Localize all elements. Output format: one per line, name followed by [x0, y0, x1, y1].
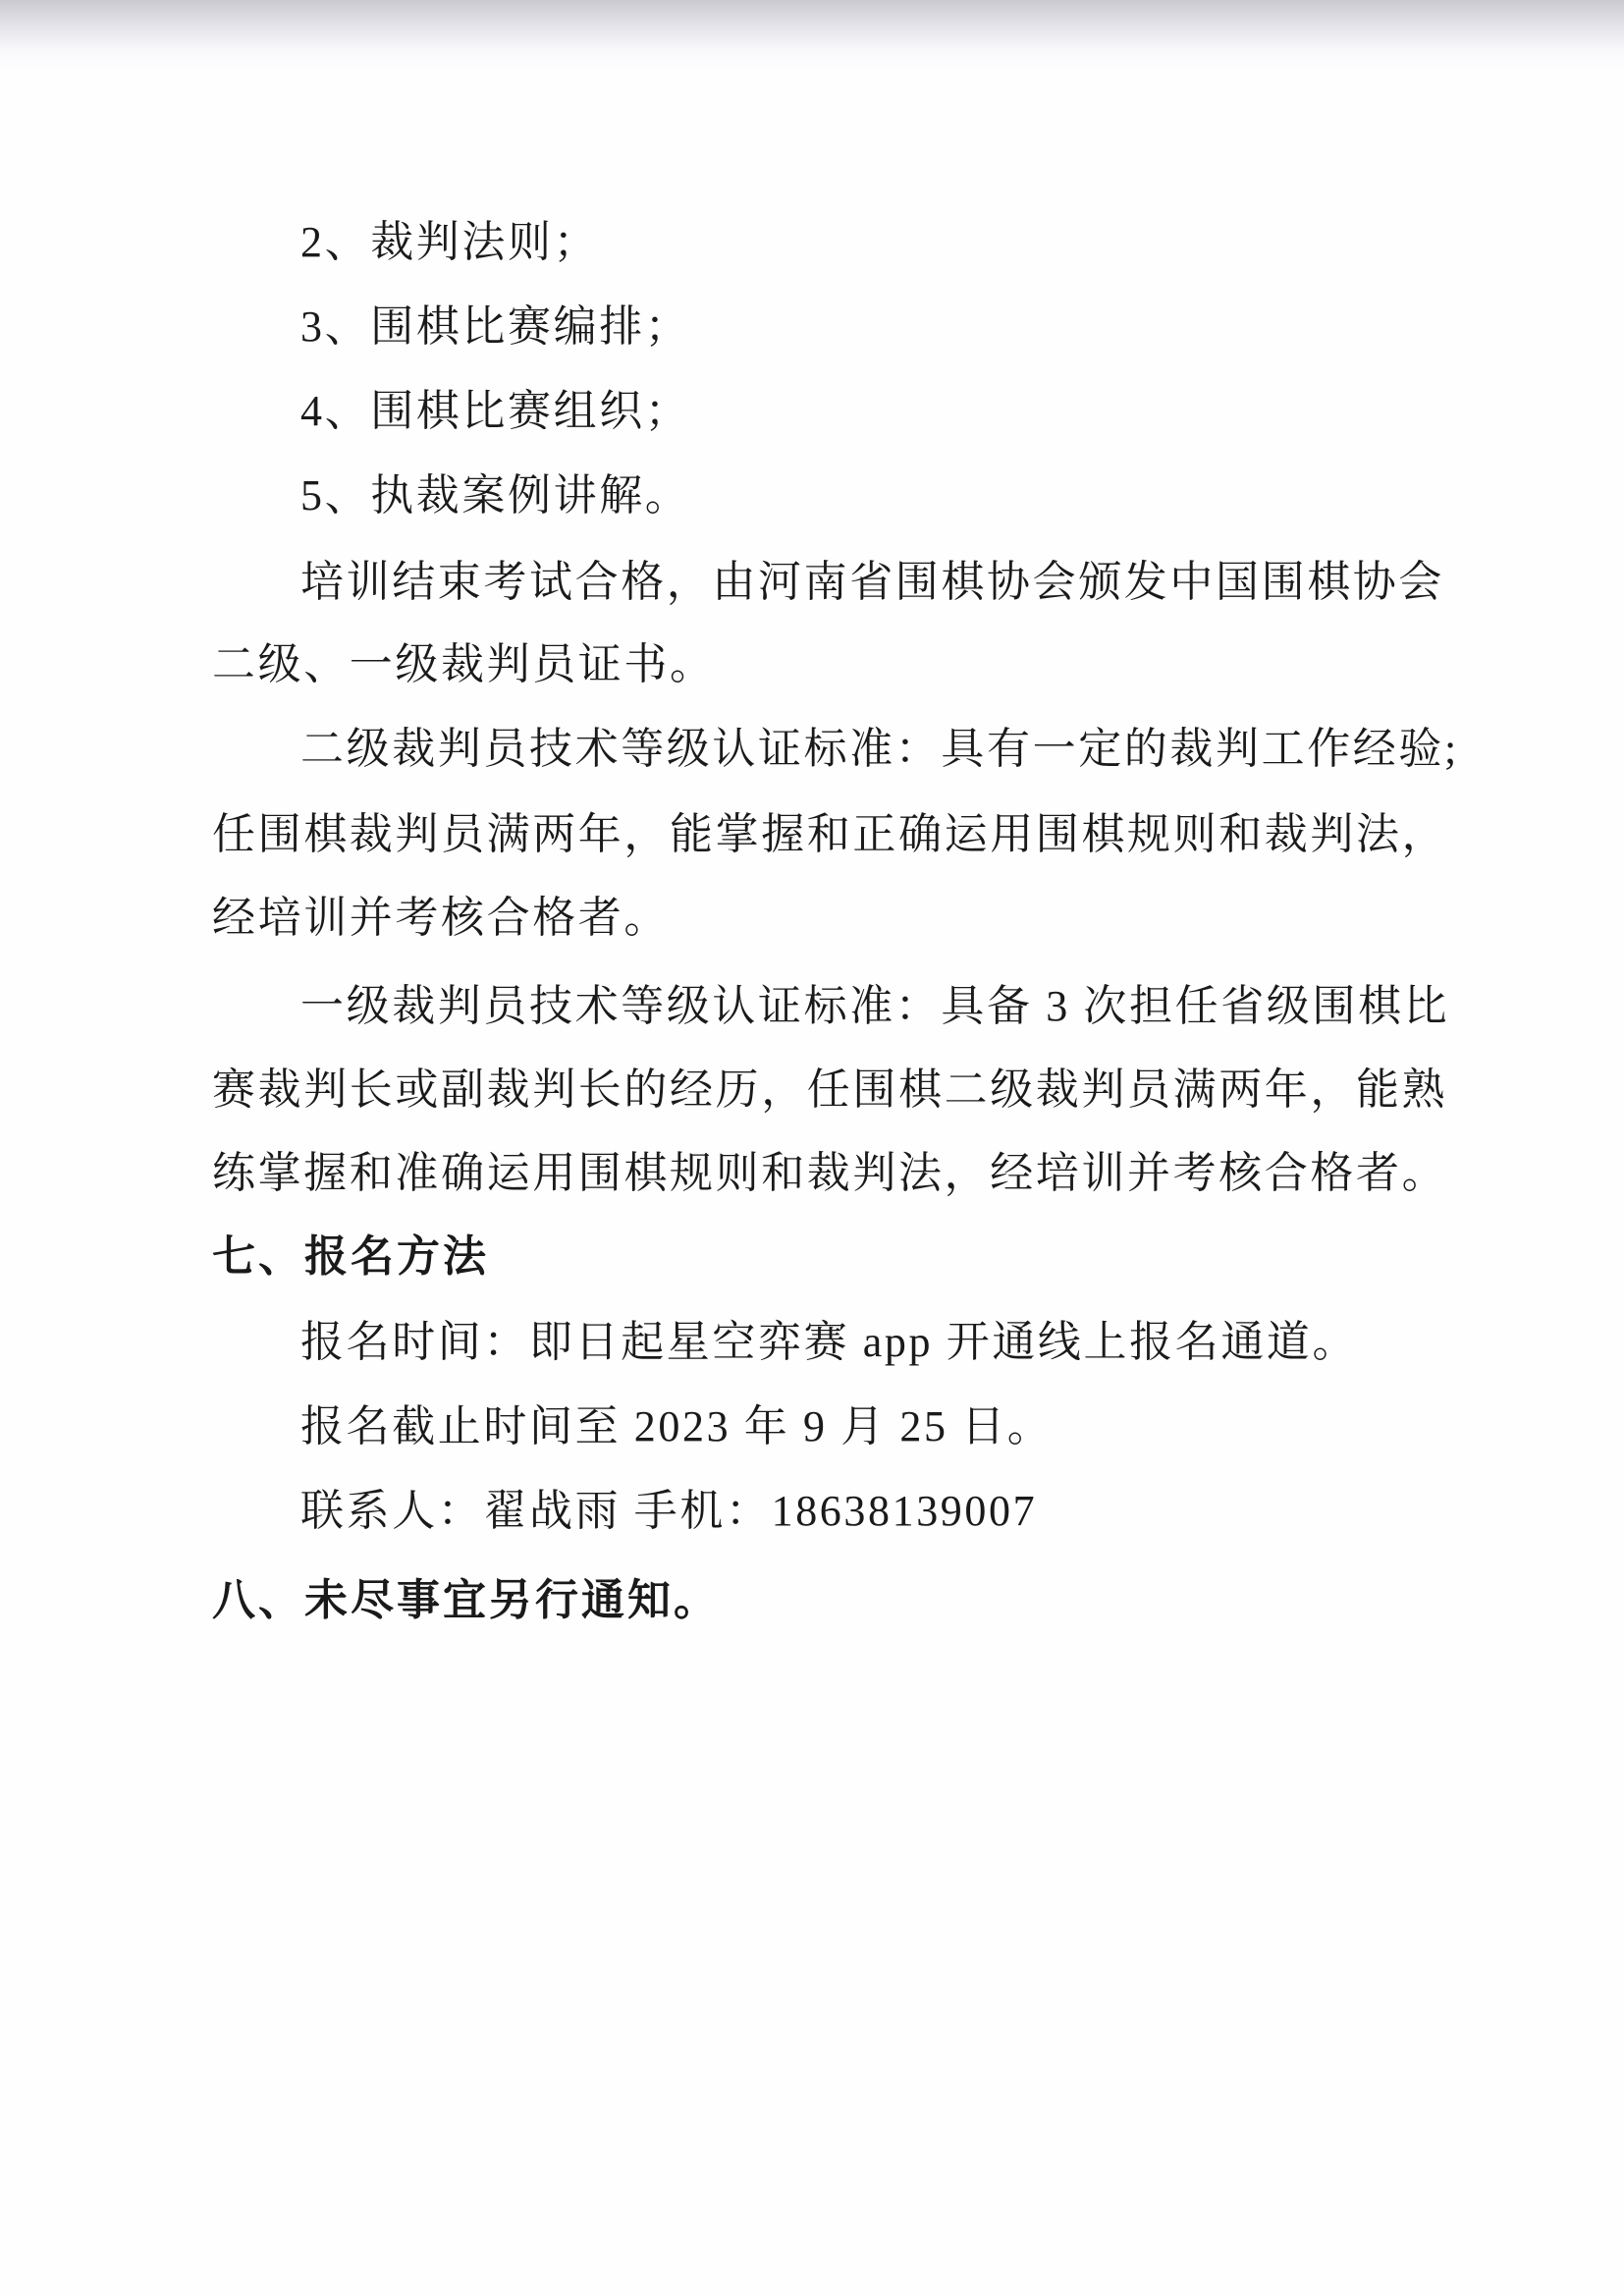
first-class-standard-line-1: 一级裁判员技术等级认证标准：具备 3 次担任省级围棋比	[300, 977, 1449, 1036]
second-class-standard-line-2: 任围棋裁判员满两年，能掌握和正确运用围棋规则和裁判法，	[212, 805, 1447, 864]
second-class-standard-line-1: 二级裁判员技术等级认证标准：具有一定的裁判工作经验;	[300, 720, 1459, 779]
first-class-standard-line-2: 赛裁判长或副裁判长的经历，任围棋二级裁判员满两年，能熟	[212, 1061, 1447, 1120]
list-item-tournament-scheduling: 3、围棋比赛编排；	[300, 298, 690, 356]
section-7-heading: 七、报名方法	[212, 1228, 489, 1286]
certificate-paragraph-line-2: 二级、一级裁判员证书。	[212, 635, 716, 694]
list-item-tournament-organization: 4、围棋比赛组织；	[300, 382, 690, 441]
contact-info: 联系人：翟战雨 手机：18638139007	[300, 1482, 1037, 1541]
registration-time: 报名时间：即日起星空弈赛 app 开通线上报名通道。	[300, 1313, 1358, 1372]
document-page: 2、裁判法则； 3、围棋比赛编排； 4、围棋比赛组织； 5、执裁案例讲解。 培训…	[0, 0, 1624, 2296]
list-item-case-explanation: 5、执裁案例讲解。	[300, 466, 690, 525]
section-8-heading: 八、未尽事宜另行通知。	[212, 1571, 720, 1630]
certificate-paragraph-line-1: 培训结束考试合格，由河南省围棋协会颁发中国围棋协会	[300, 553, 1444, 612]
list-item-referee-rules: 2、裁判法则；	[300, 213, 599, 272]
second-class-standard-line-3: 经培训并考核合格者。	[212, 889, 670, 948]
registration-deadline: 报名截止时间至 2023 年 9 月 25 日。	[300, 1397, 1053, 1456]
first-class-standard-line-3: 练掌握和准确运用围棋规则和裁判法，经培训并考核合格者。	[212, 1144, 1447, 1203]
